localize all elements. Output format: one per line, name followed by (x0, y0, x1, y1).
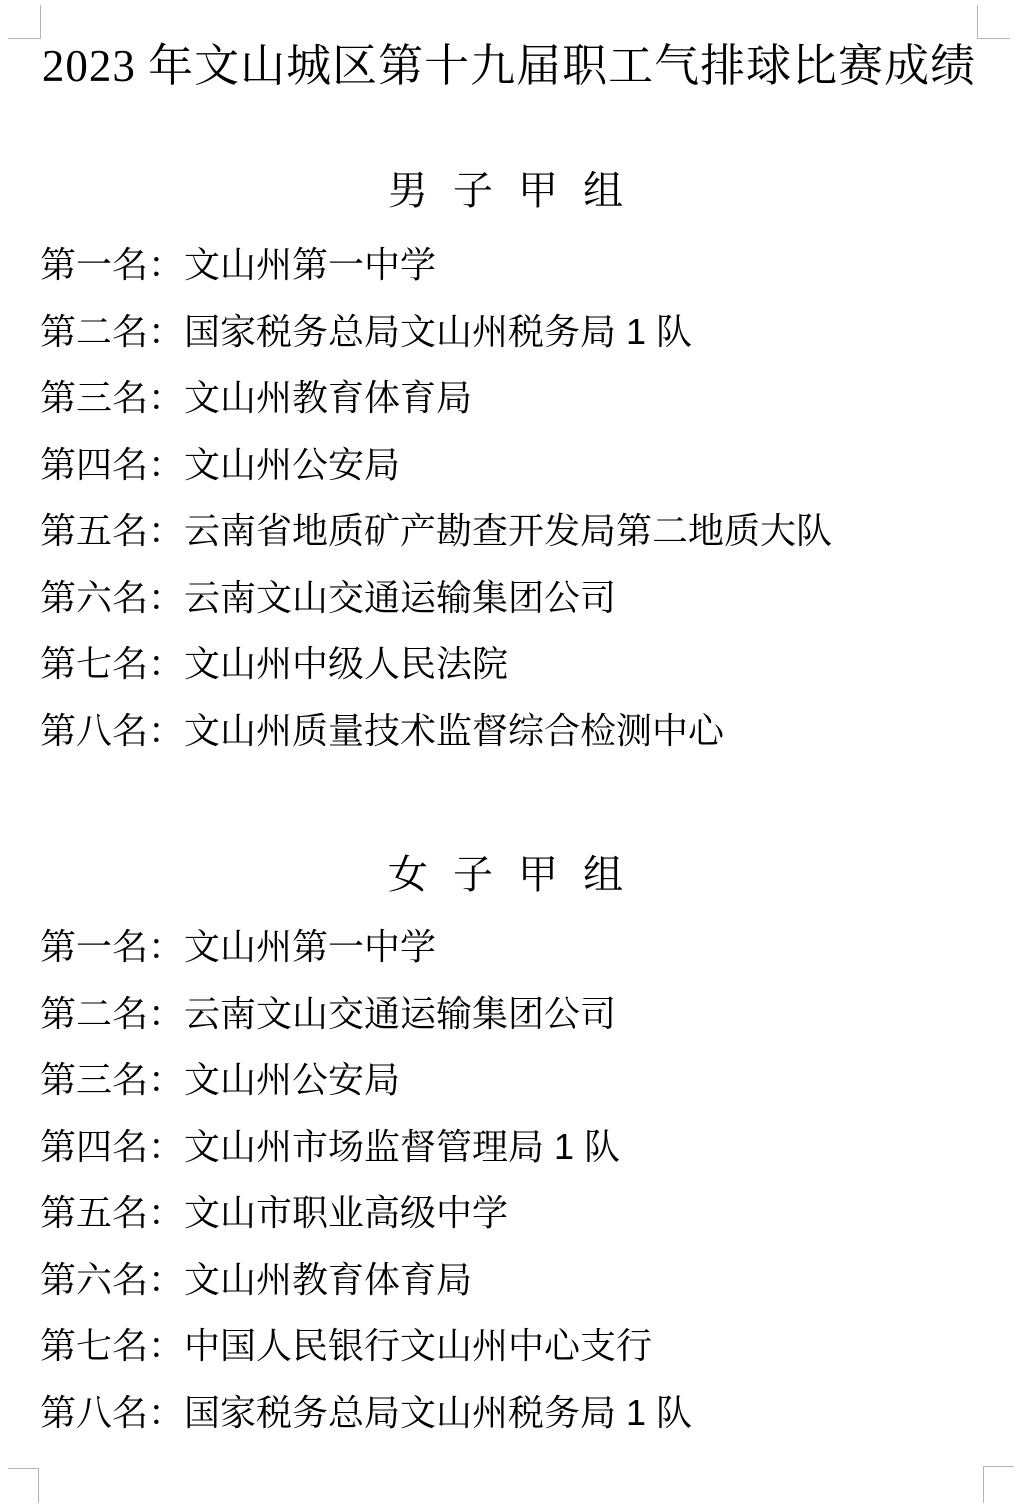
team-name: 文山州中级人民法院 (184, 643, 508, 684)
team-name: 文山州第一中学 (184, 244, 436, 285)
result-row: 第七名：文山州中级人民法院 (40, 631, 998, 698)
result-row: 第三名：文山州教育体育局 (40, 365, 998, 432)
rank-label: 第二名： (40, 311, 184, 352)
rank-label: 第六名： (40, 577, 184, 618)
team-name: 文山州第一中学 (184, 926, 436, 967)
result-row: 第二名：国家税务总局文山州税务局 1 队 (40, 299, 998, 366)
rank-label: 第一名： (40, 244, 184, 285)
team-name: 文山州教育体育局 (184, 377, 472, 418)
document-title: 2023 年文山城区第十九届职工气排球比赛成绩 (0, 36, 1018, 96)
section-heading-men-group-a: 男 子 甲 组 (0, 163, 1018, 219)
result-row: 第六名：文山州教育体育局 (40, 1247, 998, 1314)
result-row: 第二名：云南文山交通运输集团公司 (40, 981, 998, 1048)
rank-label: 第四名： (40, 1126, 184, 1167)
document-page: 2023 年文山城区第十九届职工气排球比赛成绩 男 子 甲 组 第一名：文山州第… (0, 0, 1018, 1508)
result-row: 第七名：中国人民银行文山州中心支行 (40, 1313, 998, 1380)
section-heading-women-group-a: 女 子 甲 组 (0, 847, 1018, 903)
text-boundary-mark-bottom-left (8, 1468, 39, 1503)
team-name: 云南文山交通运输集团公司 (184, 577, 616, 618)
team-name: 文山市职业高级中学 (184, 1192, 508, 1233)
rank-label: 第三名： (40, 1059, 184, 1100)
rank-label: 第八名： (40, 1392, 184, 1433)
rank-label: 第八名： (40, 710, 184, 751)
result-row: 第一名：文山州第一中学 (40, 232, 998, 299)
rank-label: 第一名： (40, 926, 184, 967)
text-boundary-mark-top-left (8, 5, 41, 39)
team-name: 国家税务总局文山州税务局 1 队 (184, 311, 692, 352)
team-name: 国家税务总局文山州税务局 1 队 (184, 1392, 692, 1433)
team-name: 文山州公安局 (184, 444, 400, 485)
rank-label: 第四名： (40, 444, 184, 485)
result-row: 第五名：文山市职业高级中学 (40, 1180, 998, 1247)
women-results-list: 第一名：文山州第一中学 第二名：云南文山交通运输集团公司 第三名：文山州公安局 … (40, 914, 998, 1446)
result-row: 第一名：文山州第一中学 (40, 914, 998, 981)
rank-label: 第六名： (40, 1259, 184, 1300)
text-boundary-mark-bottom-right (983, 1466, 1014, 1503)
men-results-list: 第一名：文山州第一中学 第二名：国家税务总局文山州税务局 1 队 第三名：文山州… (40, 232, 998, 764)
team-name: 云南文山交通运输集团公司 (184, 993, 616, 1034)
team-name: 文山州质量技术监督综合检测中心 (184, 710, 724, 751)
result-row: 第三名：文山州公安局 (40, 1047, 998, 1114)
rank-label: 第七名： (40, 643, 184, 684)
rank-label: 第三名： (40, 377, 184, 418)
team-name: 云南省地质矿产勘查开发局第二地质大队 (184, 510, 832, 551)
result-row: 第八名：文山州质量技术监督综合检测中心 (40, 698, 998, 765)
result-row: 第八名：国家税务总局文山州税务局 1 队 (40, 1380, 998, 1447)
rank-label: 第五名： (40, 510, 184, 551)
rank-label: 第二名： (40, 993, 184, 1034)
rank-label: 第七名： (40, 1325, 184, 1366)
team-name: 文山州教育体育局 (184, 1259, 472, 1300)
result-row: 第四名：文山州公安局 (40, 432, 998, 499)
team-name: 文山州公安局 (184, 1059, 400, 1100)
result-row: 第六名：云南文山交通运输集团公司 (40, 565, 998, 632)
rank-label: 第五名： (40, 1192, 184, 1233)
team-name: 文山州市场监督管理局 1 队 (184, 1126, 620, 1167)
team-name: 中国人民银行文山州中心支行 (184, 1325, 652, 1366)
text-boundary-mark-top-right (977, 5, 1010, 39)
result-row: 第四名：文山州市场监督管理局 1 队 (40, 1114, 998, 1181)
result-row: 第五名：云南省地质矿产勘查开发局第二地质大队 (40, 498, 998, 565)
